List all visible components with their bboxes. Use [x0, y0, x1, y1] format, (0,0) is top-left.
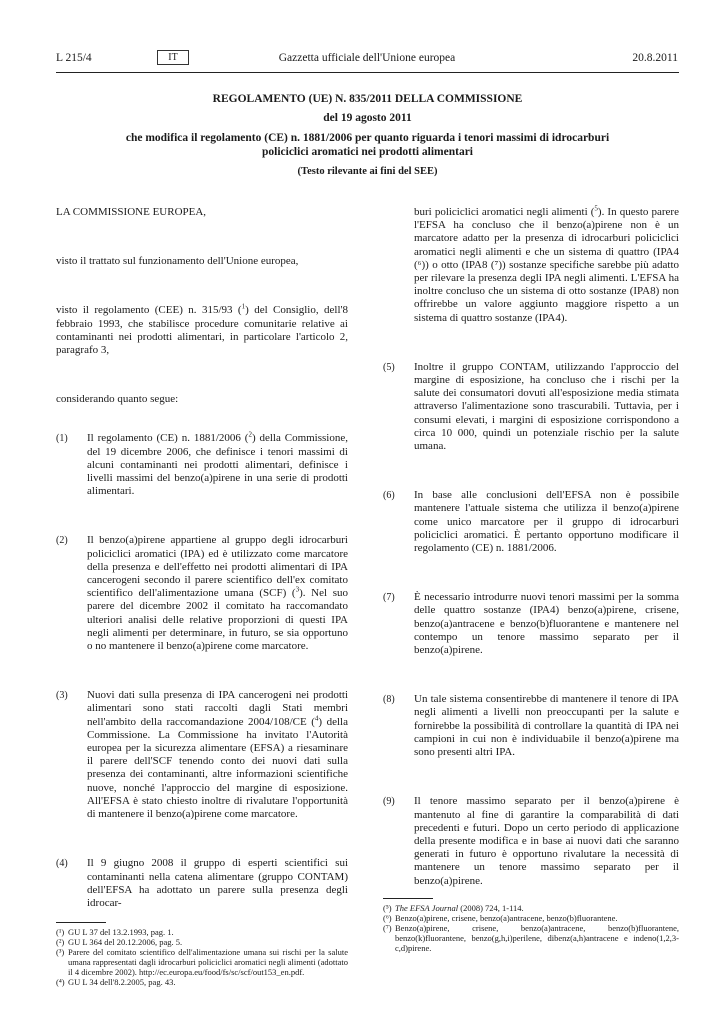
recital-9: (9) Il tenore massimo separato per il be… — [383, 795, 679, 887]
footnote-3: (³)Parere del comitato scientifico dell'… — [56, 947, 348, 977]
regulation-title: REGOLAMENTO (UE) N. 835/2011 DELLA COMMI… — [56, 93, 679, 105]
footnote-5: (⁵)The EFSA Journal (2008) 724, 1-114. — [383, 903, 679, 913]
citation-regulation: visto il regolamento (CEE) n. 315/93 (1)… — [56, 304, 348, 357]
footnote-6: (⁶)Benzo(a)pirene, crisene, benzo(a)antr… — [383, 913, 679, 923]
recital-3: (3) Nuovi dati sulla presenza di IPA can… — [56, 689, 348, 821]
recital-8: (8) Un tale sistema consentirebbe di man… — [383, 693, 679, 759]
publication-date: 20.8.2011 — [632, 52, 678, 64]
recital-6: (6) In base alle conclusioni dell'EFSA n… — [383, 489, 679, 555]
recital-1: (1) Il regolamento (CE) n. 1881/2006 (2)… — [56, 432, 348, 498]
regulation-date: del 19 agosto 2011 — [56, 112, 679, 124]
citation-treaty: visto il trattato sul funzionamento dell… — [56, 255, 348, 268]
recital-5: (5) Inoltre il gruppo CONTAM, utilizzand… — [383, 361, 679, 453]
footnote-divider — [56, 922, 106, 923]
footnote-1: (¹)GU L 37 del 13.2.1993, pag. 1. — [56, 927, 348, 937]
footnote-2: (²)GU L 364 del 20.12.2006, pag. 5. — [56, 937, 348, 947]
institution: LA COMMISSIONE EUROPEA, — [56, 206, 348, 219]
recital-2: (2) Il benzo(a)pirene appartiene al grup… — [56, 534, 348, 653]
header-divider — [56, 72, 679, 73]
considering-intro: considerando quanto segue: — [56, 393, 348, 406]
right-column: buri policiclici aromatici negli aliment… — [383, 206, 679, 953]
footnote-4: (⁴)GU L 34 dell'8.2.2005, pag. 43. — [56, 977, 348, 987]
eea-relevance: (Testo rilevante ai fini del SEE) — [56, 166, 679, 177]
recital-4: (4) Il 9 giugno 2008 il gruppo di espert… — [56, 857, 348, 910]
journal-title: Gazzetta ufficiale dell'Unione europea — [56, 52, 678, 64]
footnote-7: (⁷)Benzo(a)pirene, crisene, benzo(a)antr… — [383, 923, 679, 953]
recital-7: (7) È necessario introdurre nuovi tenori… — [383, 591, 679, 657]
footnote-divider — [383, 898, 433, 899]
regulation-subject: che modifica il regolamento (CE) n. 1881… — [56, 131, 679, 159]
language-badge: IT — [157, 50, 189, 65]
document-title-block: REGOLAMENTO (UE) N. 835/2011 DELLA COMMI… — [56, 93, 679, 177]
recital-4-continued: buri policiclici aromatici negli aliment… — [383, 206, 679, 325]
page-header: L 215/4 Gazzetta ufficiale dell'Unione e… — [56, 52, 678, 74]
left-column: LA COMMISSIONE EUROPEA, visto il trattat… — [56, 206, 348, 987]
